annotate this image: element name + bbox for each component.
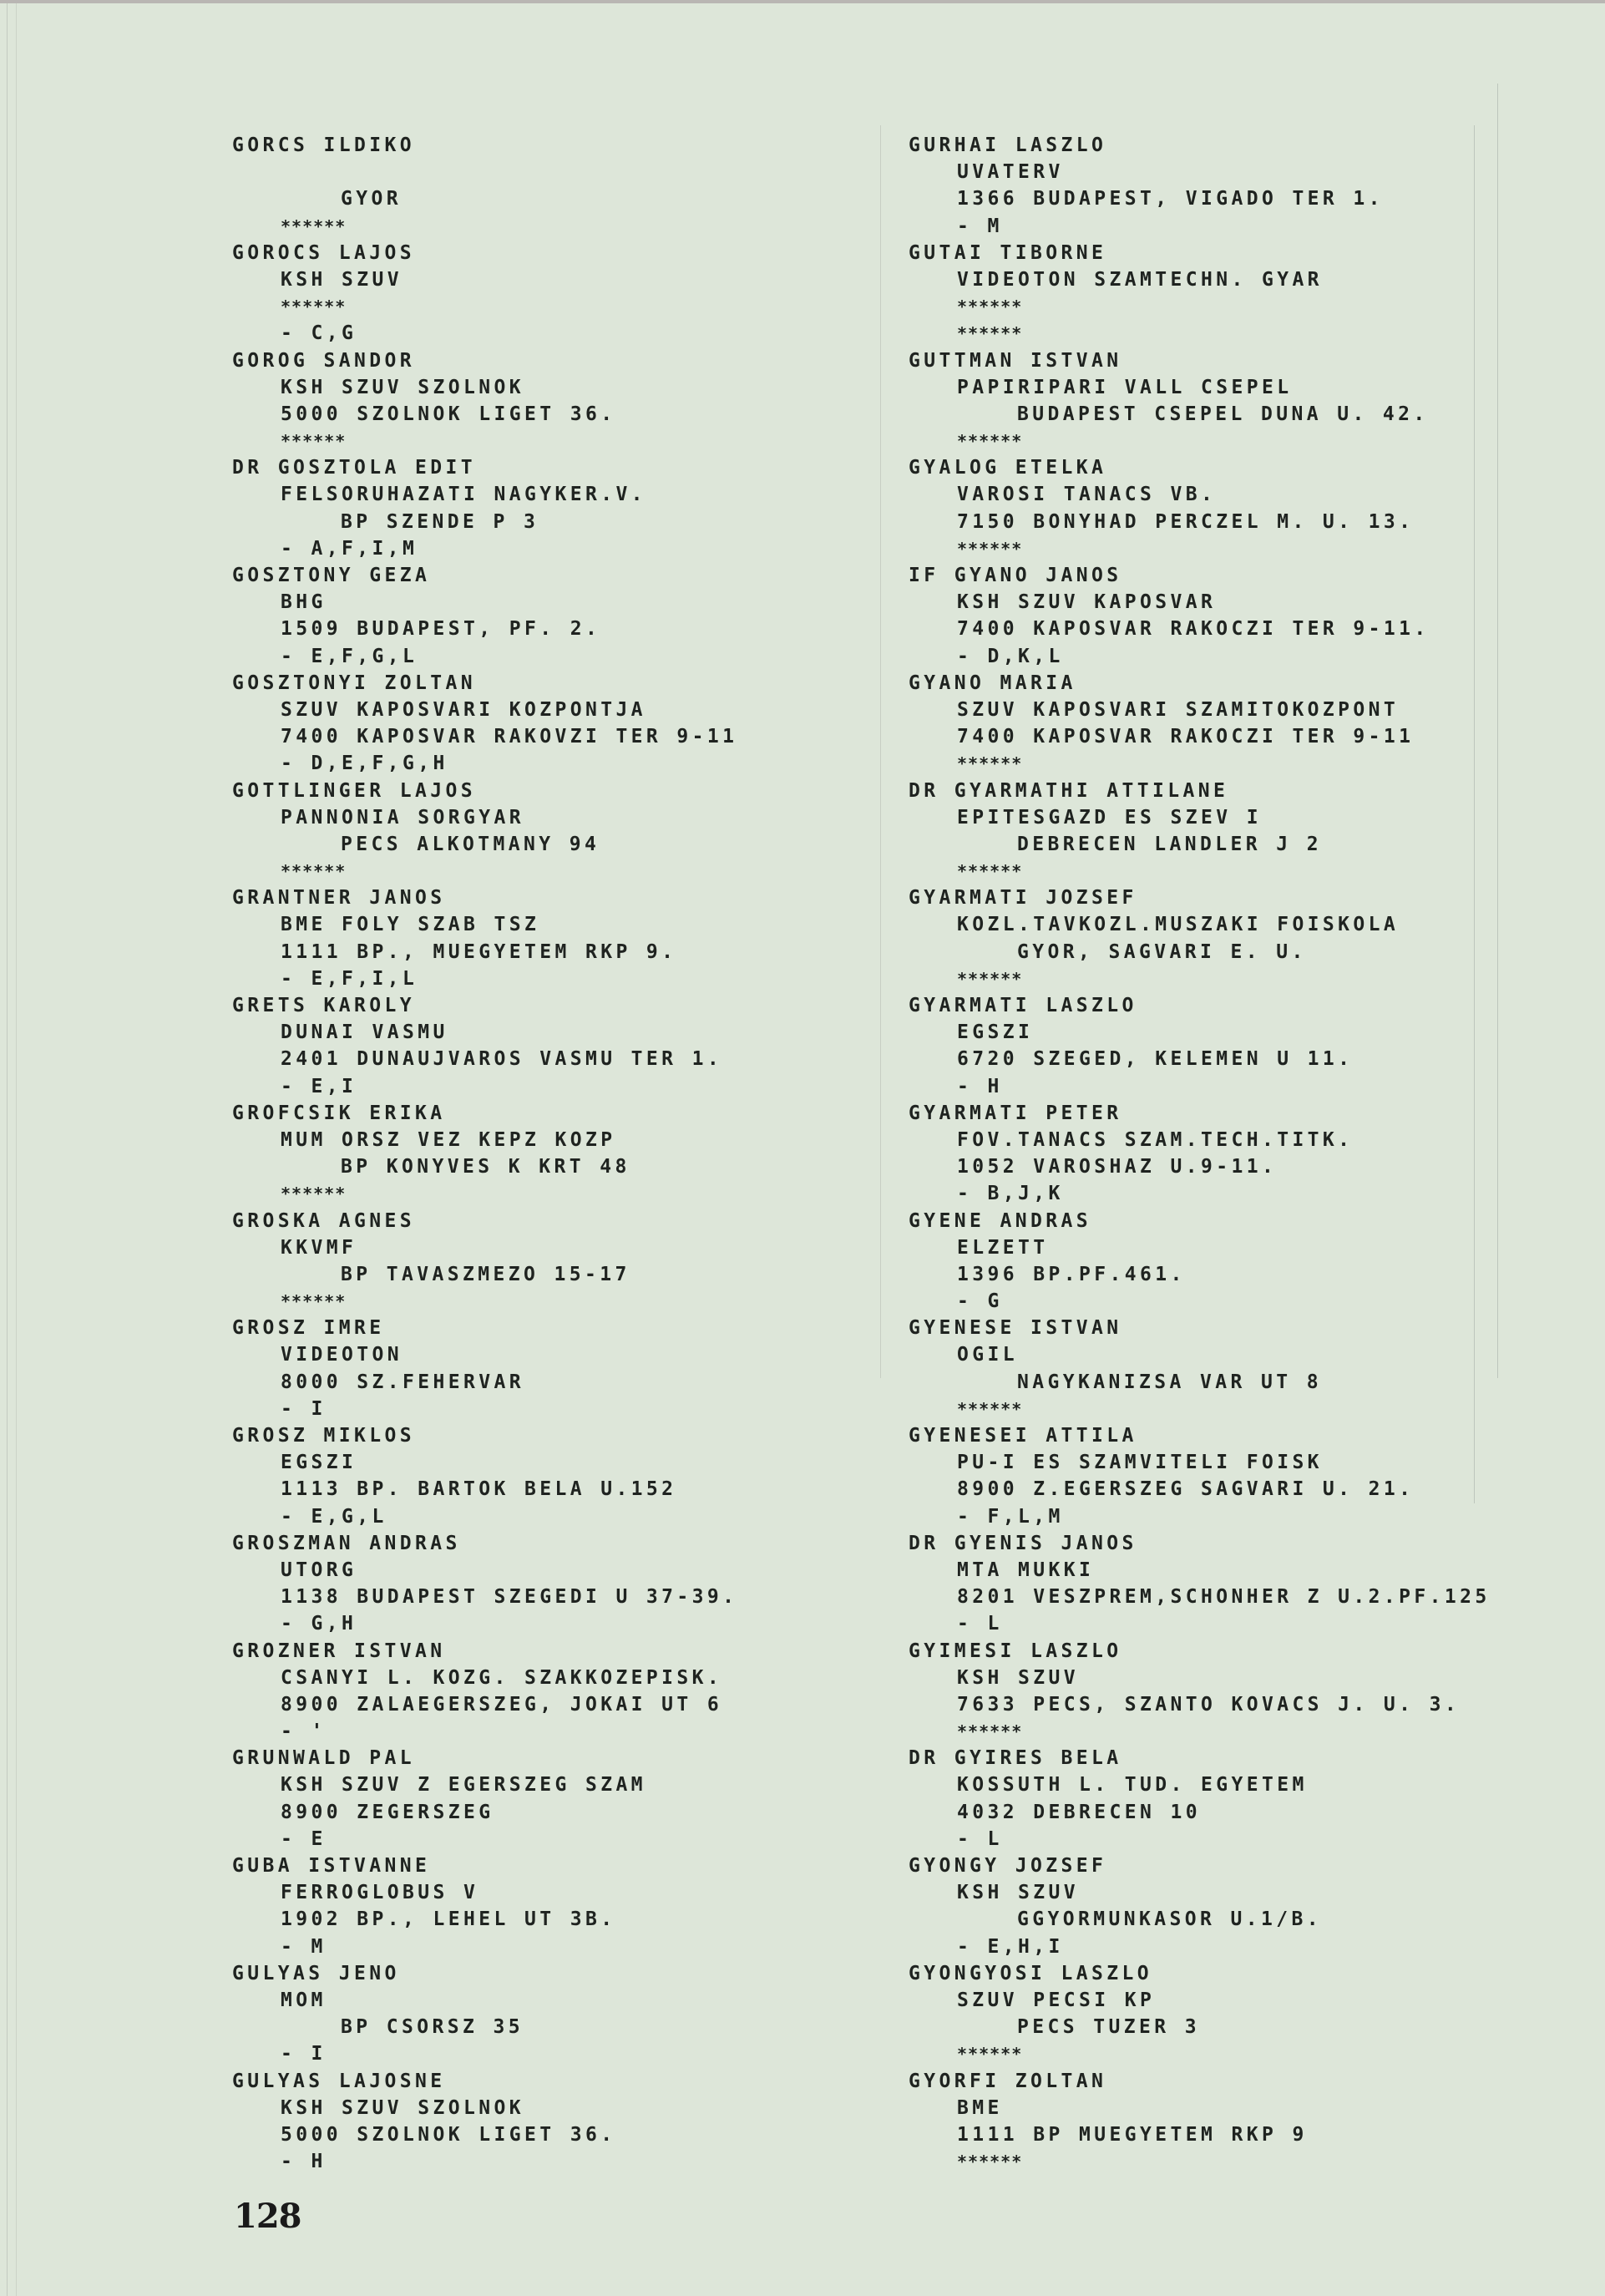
directory-entry: GYANO MARIASZUV KAPOSVARI SZAMITOKOZPONT… xyxy=(909,670,1493,778)
entry-detail xyxy=(232,159,875,185)
entry-name: GROZNER ISTVAN xyxy=(232,1638,875,1665)
entry-separator: ****** xyxy=(909,750,1493,777)
entry-detail: VIDEOTON xyxy=(232,1341,875,1368)
directory-entry: DR GYARMATHI ATTILANEEPITESGAZD ES SZEV … xyxy=(909,778,1493,885)
entry-name: GUTTMAN ISTVAN xyxy=(909,347,1493,374)
entry-name: GOROCS LAJOS xyxy=(232,240,875,266)
entry-name: GYENESEI ATTILA xyxy=(909,1422,1493,1449)
entry-detail: 8900 ZALAEGERSZEG, JOKAI UT 6 xyxy=(232,1691,875,1718)
entry-detail: - E xyxy=(232,1826,875,1853)
entry-detail: - M xyxy=(232,1934,875,1960)
entry-detail: - E,F,G,L xyxy=(232,643,875,670)
entry-detail: PAPIRIPARI VALL CSEPEL xyxy=(909,374,1493,401)
entry-detail: UVATERV xyxy=(909,159,1493,185)
entry-detail: 1902 BP., LEHEL UT 3B. xyxy=(232,1906,875,1933)
entry-name: GRANTNER JANOS xyxy=(232,884,875,911)
entry-detail: GGYORMUNKASOR U.1/B. xyxy=(909,1906,1493,1933)
directory-entry: GYIMESI LASZLOKSH SZUV7633 PECS, SZANTO … xyxy=(909,1638,1493,1746)
entry-name: GYALOG ETELKA xyxy=(909,454,1493,481)
entry-detail: 8900 Z.EGERSZEG SAGVARI U. 21. xyxy=(909,1476,1493,1503)
entry-detail: BHG xyxy=(232,589,875,616)
directory-entry: GYONGY JOZSEFKSH SZUVGGYORMUNKASOR U.1/B… xyxy=(909,1853,1493,1960)
entry-name: GUTAI TIBORNE xyxy=(909,240,1493,266)
entry-detail: 1111 BP., MUEGYETEM RKP 9. xyxy=(232,939,875,966)
entry-detail: 7400 KAPOSVAR RAKOCZI TER 9-11 xyxy=(909,723,1493,750)
entry-name: GROSZMAN ANDRAS xyxy=(232,1530,875,1557)
entry-detail: 7633 PECS, SZANTO KOVACS J. U. 3. xyxy=(909,1691,1493,1718)
entry-detail: MUM ORSZ VEZ KEPZ KOZP xyxy=(232,1127,875,1153)
entry-detail: PANNONIA SORGYAR xyxy=(232,804,875,831)
entry-name: GURHAI LASZLO xyxy=(909,132,1493,159)
entry-detail: - D,E,F,G,H xyxy=(232,750,875,777)
entry-name: DR GOSZTOLA EDIT xyxy=(232,454,875,481)
entry-separator: ****** xyxy=(909,966,1493,992)
directory-entry: DR GYENIS JANOSMTA MUKKI8201 VESZPREM,SC… xyxy=(909,1530,1493,1638)
entry-detail: BP CSORSZ 35 xyxy=(232,2014,875,2040)
entry-detail: OGIL xyxy=(909,1341,1493,1368)
entry-separator: ****** xyxy=(909,2040,1493,2067)
directory-entry: GROSZMAN ANDRASUTORG1138 BUDAPEST SZEGED… xyxy=(232,1530,875,1638)
entry-name: IF GYANO JANOS xyxy=(909,562,1493,589)
entry-detail: EPITESGAZD ES SZEV I xyxy=(909,804,1493,831)
entry-detail: PU-I ES SZAMVITELI FOISK xyxy=(909,1449,1493,1476)
entry-name: GROSZ MIKLOS xyxy=(232,1422,875,1449)
entry-separator: ****** xyxy=(909,1718,1493,1745)
entry-name: GROFCSIK ERIKA xyxy=(232,1100,875,1127)
entry-detail: FELSORUHAZATI NAGYKER.V. xyxy=(232,481,875,508)
entry-detail: SZUV PECSI KP xyxy=(909,1987,1493,2014)
entry-name: GUBA ISTVANNE xyxy=(232,1853,875,1879)
entry-separator: ****** xyxy=(909,293,1493,320)
entry-detail: 1113 BP. BARTOK BELA U.152 xyxy=(232,1476,875,1503)
entry-detail: 1396 BP.PF.461. xyxy=(909,1261,1493,1288)
entry-detail: - G xyxy=(909,1288,1493,1315)
fold-line xyxy=(1497,84,1498,1378)
entry-name: GYARMATI JOZSEF xyxy=(909,884,1493,911)
entry-detail: GYOR, SAGVARI E. U. xyxy=(909,939,1493,966)
entry-detail: ELZETT xyxy=(909,1234,1493,1261)
directory-entry: DR GYIRES BELAKOSSUTH L. TUD. EGYETEM403… xyxy=(909,1745,1493,1853)
entry-detail: - H xyxy=(909,1073,1493,1100)
entry-detail: KOZL.TAVKOZL.MUSZAKI FOISKOLA xyxy=(909,911,1493,938)
entry-detail: - E,F,I,L xyxy=(232,966,875,992)
directory-entry: GULYAS LAJOSNEKSH SZUV SZOLNOK5000 SZOLN… xyxy=(232,2068,875,2176)
entry-detail: - E,I xyxy=(232,1073,875,1100)
directory-entry: GYORFI ZOLTANBME1111 BP MUEGYETEM RKP 9*… xyxy=(909,2068,1493,2176)
entry-detail: 5000 SZOLNOK LIGET 36. xyxy=(232,2121,875,2148)
entry-detail: 2401 DUNAUJVAROS VASMU TER 1. xyxy=(232,1046,875,1072)
entry-detail: - E,G,L xyxy=(232,1503,875,1530)
entry-separator: ****** xyxy=(232,428,875,454)
directory-entry: GROSZ MIKLOSEGSZI1113 BP. BARTOK BELA U.… xyxy=(232,1422,875,1530)
directory-entry: GORCS ILDIKOGYOR****** xyxy=(232,132,875,240)
entry-detail: CSANYI L. KOZG. SZAKKOZEPISK. xyxy=(232,1665,875,1691)
entry-detail: 7400 KAPOSVAR RAKOVZI TER 9-11 xyxy=(232,723,875,750)
directory-entry: DR GOSZTOLA EDITFELSORUHAZATI NAGYKER.V.… xyxy=(232,454,875,562)
entry-detail: 1366 BUDAPEST, VIGADO TER 1. xyxy=(909,185,1493,212)
directory-entry: GYENESEI ATTILAPU-I ES SZAMVITELI FOISK8… xyxy=(909,1422,1493,1530)
entry-name: GYORFI ZOLTAN xyxy=(909,2068,1493,2095)
entry-detail: KSH SZUV xyxy=(909,1879,1493,1906)
directory-entry: GYARMATI JOZSEFKOZL.TAVKOZL.MUSZAKI FOIS… xyxy=(909,884,1493,992)
entry-detail: - ' xyxy=(232,1718,875,1745)
entry-name: GYANO MARIA xyxy=(909,670,1493,697)
entry-detail: VIDEOTON SZAMTECHN. GYAR xyxy=(909,266,1493,293)
directory-entry: GOTTLINGER LAJOSPANNONIA SORGYARPECS ALK… xyxy=(232,778,875,885)
entry-detail: DUNAI VASMU xyxy=(232,1019,875,1046)
binding-line xyxy=(16,3,17,2296)
entry-detail: FOV.TANACS SZAM.TECH.TITK. xyxy=(909,1127,1493,1153)
entry-detail: - H xyxy=(232,2148,875,2175)
entry-detail: PECS ALKOTMANY 94 xyxy=(232,831,875,858)
directory-entry: GOSZTONYI ZOLTANSZUV KAPOSVARI KOZPONTJA… xyxy=(232,670,875,778)
entry-name: GOROG SANDOR xyxy=(232,347,875,374)
directory-entry: GRANTNER JANOSBME FOLY SZAB TSZ1111 BP.,… xyxy=(232,884,875,992)
directory-entry: GYARMATI LASZLOEGSZI6720 SZEGED, KELEMEN… xyxy=(909,992,1493,1100)
entry-separator: ****** xyxy=(909,535,1493,562)
directory-entry: GUTTMAN ISTVANPAPIRIPARI VALL CSEPELBUDA… xyxy=(909,347,1493,455)
entry-detail: KKVMF xyxy=(232,1234,875,1261)
directory-entry: GRUNWALD PALKSH SZUV Z EGERSZEG SZAM8900… xyxy=(232,1745,875,1853)
entry-detail: 5000 SZOLNOK LIGET 36. xyxy=(232,401,875,428)
entry-separator: ****** xyxy=(909,858,1493,884)
entry-detail: - L xyxy=(909,1826,1493,1853)
entry-detail: SZUV KAPOSVARI SZAMITOKOZPONT xyxy=(909,697,1493,723)
entry-detail: - E,H,I xyxy=(909,1934,1493,1960)
entry-detail: EGSZI xyxy=(232,1449,875,1476)
entry-detail: - I xyxy=(232,2040,875,2067)
page-number: 128 xyxy=(234,2197,301,2236)
entry-detail: BP TAVASZMEZO 15-17 xyxy=(232,1261,875,1288)
entry-name: DR GYENIS JANOS xyxy=(909,1530,1493,1557)
entry-name: GYENESE ISTVAN xyxy=(909,1315,1493,1341)
entry-name: GULYAS JENO xyxy=(232,1960,875,1987)
directory-entry: IF GYANO JANOSKSH SZUV KAPOSVAR7400 KAPO… xyxy=(909,562,1493,670)
right-column-directory: GURHAI LASZLOUVATERV1366 BUDAPEST, VIGAD… xyxy=(909,132,1493,2175)
entry-detail: 1509 BUDAPEST, PF. 2. xyxy=(232,616,875,642)
entry-detail: 8201 VESZPREM,SCHONHER Z U.2.PF.125 xyxy=(909,1584,1493,1610)
entry-detail: 1138 BUDAPEST SZEGEDI U 37-39. xyxy=(232,1584,875,1610)
entry-name: GYONGYOSI LASZLO xyxy=(909,1960,1493,1987)
entry-separator: ****** xyxy=(232,293,875,320)
entry-detail: PECS TUZER 3 xyxy=(909,2014,1493,2040)
entry-name: GRUNWALD PAL xyxy=(232,1745,875,1771)
entry-detail: - L xyxy=(909,1610,1493,1637)
entry-separator: ****** xyxy=(909,320,1493,347)
entry-detail: 8000 SZ.FEHERVAR xyxy=(232,1369,875,1396)
entry-separator: ****** xyxy=(909,2148,1493,2175)
entry-detail: - D,K,L xyxy=(909,643,1493,670)
directory-entry: GYONGYOSI LASZLOSZUV PECSI KPPECS TUZER … xyxy=(909,1960,1493,2068)
directory-entry: GROSKA AGNESKKVMFBP TAVASZMEZO 15-17****… xyxy=(232,1208,875,1315)
entry-name: GOSZTONYI ZOLTAN xyxy=(232,670,875,697)
entry-name: DR GYARMATHI ATTILANE xyxy=(909,778,1493,804)
entry-detail: - B,J,K xyxy=(909,1180,1493,1207)
entry-detail: BP KONYVES K KRT 48 xyxy=(232,1153,875,1180)
entry-detail: - M xyxy=(909,213,1493,240)
entry-detail: MTA MUKKI xyxy=(909,1557,1493,1584)
directory-entry: GROFCSIK ERIKAMUM ORSZ VEZ KEPZ KOZPBP K… xyxy=(232,1100,875,1208)
entry-detail: KSH SZUV Z EGERSZEG SZAM xyxy=(232,1771,875,1798)
entry-name: GYONGY JOZSEF xyxy=(909,1853,1493,1879)
entry-detail: KSH SZUV SZOLNOK xyxy=(232,374,875,401)
entry-detail: 1052 VAROSHAZ U.9-11. xyxy=(909,1153,1493,1180)
entry-name: GYENE ANDRAS xyxy=(909,1208,1493,1234)
entry-name: GORCS ILDIKO xyxy=(232,132,875,159)
entry-name: GYARMATI PETER xyxy=(909,1100,1493,1127)
entry-detail: BME xyxy=(909,2095,1493,2121)
entry-detail: - A,F,I,M xyxy=(232,535,875,562)
directory-entry: GROZNER ISTVANCSANYI L. KOZG. SZAKKOZEPI… xyxy=(232,1638,875,1746)
entry-detail: - C,G xyxy=(232,320,875,347)
entry-separator: ****** xyxy=(232,1288,875,1315)
entry-detail: 4032 DEBRECEN 10 xyxy=(909,1799,1493,1826)
entry-detail: DEBRECEN LANDLER J 2 xyxy=(909,831,1493,858)
entry-name: GOTTLINGER LAJOS xyxy=(232,778,875,804)
directory-entry: GURHAI LASZLOUVATERV1366 BUDAPEST, VIGAD… xyxy=(909,132,1493,240)
directory-entry: GYENESE ISTVANOGILNAGYKANIZSA VAR UT 8**… xyxy=(909,1315,1493,1422)
directory-entry: GULYAS JENOMOMBP CSORSZ 35- I xyxy=(232,1960,875,2068)
entry-separator: ****** xyxy=(909,1396,1493,1422)
entry-separator: ****** xyxy=(232,1180,875,1207)
entry-separator: ****** xyxy=(232,858,875,884)
entry-name: GROSKA AGNES xyxy=(232,1208,875,1234)
entry-detail: BP SZENDE P 3 xyxy=(232,509,875,535)
entry-detail: UTORG xyxy=(232,1557,875,1584)
entry-detail: BME FOLY SZAB TSZ xyxy=(232,911,875,938)
directory-entry: GOSZTONY GEZABHG1509 BUDAPEST, PF. 2.- E… xyxy=(232,562,875,670)
entry-detail: BUDAPEST CSEPEL DUNA U. 42. xyxy=(909,401,1493,428)
entry-detail: - F,L,M xyxy=(909,1503,1493,1530)
entry-detail: FERROGLOBUS V xyxy=(232,1879,875,1906)
binding-line xyxy=(7,3,8,2296)
entry-name: GROSZ IMRE xyxy=(232,1315,875,1341)
entry-detail: EGSZI xyxy=(909,1019,1493,1046)
entry-detail: KOSSUTH L. TUD. EGYETEM xyxy=(909,1771,1493,1798)
entry-detail: KSH SZUV xyxy=(232,266,875,293)
entry-separator: ****** xyxy=(232,213,875,240)
entry-name: GYARMATI LASZLO xyxy=(909,992,1493,1019)
entry-name: GULYAS LAJOSNE xyxy=(232,2068,875,2095)
page-top-edge xyxy=(0,0,1605,3)
directory-entry: GYARMATI PETERFOV.TANACS SZAM.TECH.TITK.… xyxy=(909,1100,1493,1208)
directory-entry: GOROG SANDORKSH SZUV SZOLNOK5000 SZOLNOK… xyxy=(232,347,875,455)
entry-detail: 7400 KAPOSVAR RAKOCZI TER 9-11. xyxy=(909,616,1493,642)
entry-detail: SZUV KAPOSVARI KOZPONTJA xyxy=(232,697,875,723)
directory-entry: GROSZ IMREVIDEOTON8000 SZ.FEHERVAR- I xyxy=(232,1315,875,1422)
entry-detail: 7150 BONYHAD PERCZEL M. U. 13. xyxy=(909,509,1493,535)
entry-name: DR GYIRES BELA xyxy=(909,1745,1493,1771)
directory-entry: GUTAI TIBORNEVIDEOTON SZAMTECHN. GYAR***… xyxy=(909,240,1493,347)
entry-detail: KSH SZUV KAPOSVAR xyxy=(909,589,1493,616)
entry-detail: MOM xyxy=(232,1987,875,2014)
entry-detail: NAGYKANIZSA VAR UT 8 xyxy=(909,1369,1493,1396)
entry-detail: 8900 ZEGERSZEG xyxy=(232,1799,875,1826)
directory-entry: GOROCS LAJOSKSH SZUV******- C,G xyxy=(232,240,875,347)
entry-detail: - I xyxy=(232,1396,875,1422)
directory-entry: GUBA ISTVANNEFERROGLOBUS V1902 BP., LEHE… xyxy=(232,1853,875,1960)
entry-detail: 6720 SZEGED, KELEMEN U 11. xyxy=(909,1046,1493,1072)
directory-entry: GRETS KAROLYDUNAI VASMU2401 DUNAUJVAROS … xyxy=(232,992,875,1100)
entry-detail: KSH SZUV xyxy=(909,1665,1493,1691)
entry-name: GYIMESI LASZLO xyxy=(909,1638,1493,1665)
entry-name: GRETS KAROLY xyxy=(232,992,875,1019)
entry-detail: VAROSI TANACS VB. xyxy=(909,481,1493,508)
entry-separator: ****** xyxy=(909,428,1493,454)
entry-name: GOSZTONY GEZA xyxy=(232,562,875,589)
entry-detail: 1111 BP MUEGYETEM RKP 9 xyxy=(909,2121,1493,2148)
left-column-directory: GORCS ILDIKOGYOR******GOROCS LAJOSKSH SZ… xyxy=(232,132,875,2175)
directory-entry: GYALOG ETELKAVAROSI TANACS VB.7150 BONYH… xyxy=(909,454,1493,562)
column-divider xyxy=(880,125,881,1378)
entry-detail: - G,H xyxy=(232,1610,875,1637)
entry-detail: KSH SZUV SZOLNOK xyxy=(232,2095,875,2121)
directory-entry: GYENE ANDRASELZETT1396 BP.PF.461.- G xyxy=(909,1208,1493,1315)
entry-detail: GYOR xyxy=(232,185,875,212)
